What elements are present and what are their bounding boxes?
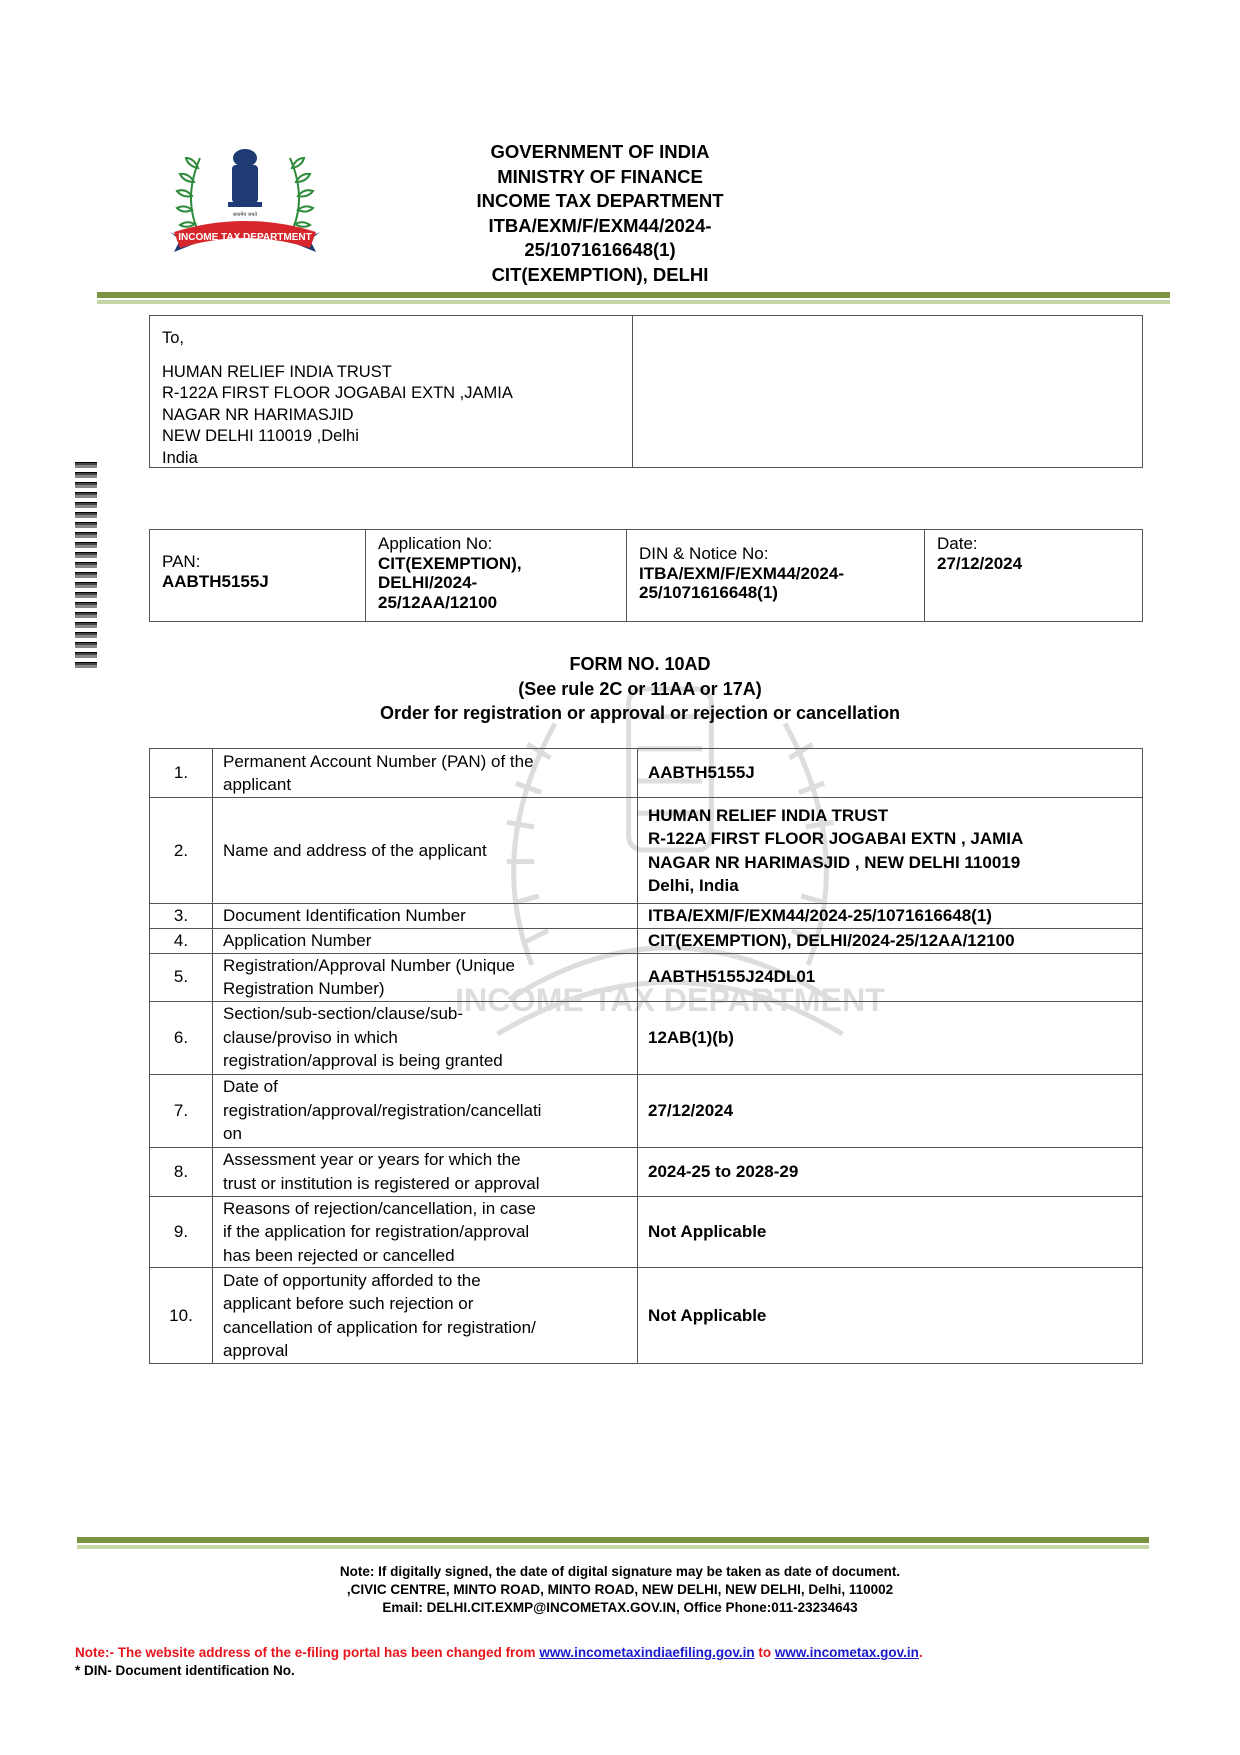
row-value-line: 2024-25 to 2028-29 xyxy=(648,1160,1132,1184)
application-number-value: CIT(EXEMPTION), xyxy=(378,554,614,574)
header-rule-dark xyxy=(97,292,1170,298)
application-number-label: Application No: xyxy=(378,534,614,554)
row-label: Registration/Approval Number (UniqueRegi… xyxy=(213,953,638,1001)
old-portal-link[interactable]: www.incometaxindiaefiling.gov.in xyxy=(539,1645,754,1660)
header-line-reference-2: 25/1071616648(1) xyxy=(420,238,780,263)
svg-text:INCOME TAX DEPARTMENT: INCOME TAX DEPARTMENT xyxy=(178,232,312,243)
form-10ad-table: 1.Permanent Account Number (PAN) of thea… xyxy=(149,748,1143,1364)
row-value-line: 12AB(1)(b) xyxy=(648,1026,1132,1050)
footer-rule-dark xyxy=(77,1537,1149,1543)
footer-rule-light xyxy=(77,1545,1149,1549)
row-label-line: if the application for registration/appr… xyxy=(223,1220,627,1244)
row-label-line: applicant xyxy=(223,773,627,797)
row-number: 7. xyxy=(150,1074,213,1147)
row-label-line: applicant before such rejection or xyxy=(223,1292,627,1316)
row-label-line: Date of xyxy=(223,1075,627,1099)
row-value: CIT(EXEMPTION), DELHI/2024-25/12AA/12100 xyxy=(638,929,1143,954)
row-label-line: Reasons of rejection/cancellation, in ca… xyxy=(223,1197,627,1221)
footer-signature-note: Note: If digitally signed, the date of d… xyxy=(100,1563,1140,1581)
form-rule-reference: (See rule 2C or 11AA or 17A) xyxy=(300,677,980,702)
header-line-reference-1: ITBA/EXM/F/EXM44/2024- xyxy=(420,214,780,239)
row-label-line: registration/approval/registration/cance… xyxy=(223,1099,627,1123)
row-label: Document Identification Number xyxy=(213,904,638,929)
row-label-line: Permanent Account Number (PAN) of the xyxy=(223,750,627,774)
barcode-icon xyxy=(75,462,97,670)
row-label-line: Section/sub-section/clause/sub- xyxy=(223,1002,627,1026)
pan-value: AABTH5155J xyxy=(162,572,353,592)
row-value: 12AB(1)(b) xyxy=(638,1001,1143,1074)
form-heading: Order for registration or approval or re… xyxy=(300,701,980,726)
footer-contact: Email: DELHI.CIT.EXMP@INCOMETAX.GOV.IN, … xyxy=(100,1599,1140,1617)
row-number: 6. xyxy=(150,1001,213,1074)
row-label-line: Registration/Approval Number (Unique xyxy=(223,954,627,978)
date-label: Date: xyxy=(937,534,1130,554)
row-label: Date of opportunity afforded to theappli… xyxy=(213,1268,638,1364)
row-value-line: AABTH5155J xyxy=(648,761,1132,785)
reference-strip: PAN: AABTH5155J Application No: CIT(EXEM… xyxy=(149,529,1143,622)
row-label-line: registration/approval is being granted xyxy=(223,1049,627,1073)
table-row: 3.Document Identification NumberITBA/EXM… xyxy=(150,904,1143,929)
table-row: 7.Date ofregistration/approval/registrat… xyxy=(150,1074,1143,1147)
row-number: 9. xyxy=(150,1196,213,1268)
row-label-line: has been rejected or cancelled xyxy=(223,1244,627,1268)
row-value: Not Applicable xyxy=(638,1196,1143,1268)
row-value: AABTH5155J xyxy=(638,749,1143,798)
row-value-line: Not Applicable xyxy=(648,1220,1132,1244)
row-label: Permanent Account Number (PAN) of theapp… xyxy=(213,749,638,798)
row-number: 4. xyxy=(150,929,213,954)
row-value-line: CIT(EXEMPTION), DELHI/2024-25/12AA/12100 xyxy=(648,929,1132,953)
din-notice-label: DIN & Notice No: xyxy=(639,544,912,564)
addressee-to-label: To, xyxy=(162,328,632,350)
table-row: 10.Date of opportunity afforded to theap… xyxy=(150,1268,1143,1364)
portal-change-note: Note:- The website address of the e-fili… xyxy=(75,1645,923,1660)
portal-note-prefix: Note:- The website address of the e-fili… xyxy=(75,1645,539,1660)
row-label-line: Document Identification Number xyxy=(223,904,627,928)
row-label-line: trust or institution is registered or ap… xyxy=(223,1172,627,1196)
header-line-department: INCOME TAX DEPARTMENT xyxy=(420,189,780,214)
din-notice-value: 25/1071616648(1) xyxy=(639,583,912,603)
table-row: 2.Name and address of the applicantHUMAN… xyxy=(150,798,1143,904)
row-number: 8. xyxy=(150,1147,213,1196)
row-number: 3. xyxy=(150,904,213,929)
form-number: FORM NO. 10AD xyxy=(300,652,980,677)
row-label: Application Number xyxy=(213,929,638,954)
header-block: GOVERNMENT OF INDIA MINISTRY OF FINANCE … xyxy=(420,140,780,287)
row-value-line: 27/12/2024 xyxy=(648,1099,1132,1123)
table-row: 9.Reasons of rejection/cancellation, in … xyxy=(150,1196,1143,1268)
row-value-line: AABTH5155J24DL01 xyxy=(648,965,1132,989)
header-line-office: CIT(EXEMPTION), DELHI xyxy=(420,263,780,288)
pan-label: PAN: xyxy=(162,552,353,572)
din-notice-value: ITBA/EXM/F/EXM44/2024- xyxy=(639,564,912,584)
row-label-line: cancellation of application for registra… xyxy=(223,1316,627,1340)
application-number-cell: Application No: CIT(EXEMPTION), DELHI/20… xyxy=(366,530,627,621)
din-notice-cell: DIN & Notice No: ITBA/EXM/F/EXM44/2024- … xyxy=(627,530,925,621)
row-label-line: clause/proviso in which xyxy=(223,1026,627,1050)
footer-office-address: ,CIVIC CENTRE, MINTO ROAD, MINTO ROAD, N… xyxy=(100,1581,1140,1599)
addressee-name: HUMAN RELIEF INDIA TRUST xyxy=(162,362,632,384)
svg-text:सत्यमेव जयते: सत्यमेव जयते xyxy=(233,211,257,218)
table-row: 6.Section/sub-section/clause/sub-clause/… xyxy=(150,1001,1143,1074)
row-value: Not Applicable xyxy=(638,1268,1143,1364)
din-footnote: * DIN- Document identification No. xyxy=(75,1663,295,1678)
portal-note-middle: to xyxy=(755,1645,775,1660)
row-label: Reasons of rejection/cancellation, in ca… xyxy=(213,1196,638,1268)
application-number-value: DELHI/2024- xyxy=(378,573,614,593)
row-value: 2024-25 to 2028-29 xyxy=(638,1147,1143,1196)
row-number: 10. xyxy=(150,1268,213,1364)
row-label: Date ofregistration/approval/registratio… xyxy=(213,1074,638,1147)
row-label-line: Name and address of the applicant xyxy=(223,839,627,863)
addressee-country: India xyxy=(162,448,632,470)
form-title-block: FORM NO. 10AD (See rule 2C or 11AA or 17… xyxy=(300,652,980,726)
row-value-line: Not Applicable xyxy=(648,1304,1132,1328)
header-line-ministry: MINISTRY OF FINANCE xyxy=(420,165,780,190)
pan-cell: PAN: AABTH5155J xyxy=(150,530,366,621)
portal-note-suffix: . xyxy=(919,1645,923,1660)
addressee-blank-cell xyxy=(633,316,1142,467)
row-value: HUMAN RELIEF INDIA TRUSTR-122A FIRST FLO… xyxy=(638,798,1143,904)
row-label: Name and address of the applicant xyxy=(213,798,638,904)
row-number: 5. xyxy=(150,953,213,1001)
row-value-line: HUMAN RELIEF INDIA TRUST xyxy=(648,804,1132,828)
addressee-address-line: NEW DELHI 110019 ,Delhi xyxy=(162,426,632,448)
income-tax-logo-icon: सत्यमेव जयते कोष मूलो दण्डः INCOME TAX D… xyxy=(160,140,330,265)
row-value: AABTH5155J24DL01 xyxy=(638,953,1143,1001)
addressee-details: To, HUMAN RELIEF INDIA TRUST R-122A FIRS… xyxy=(150,316,633,467)
row-label-line: on xyxy=(223,1122,627,1146)
table-row: 5.Registration/Approval Number (UniqueRe… xyxy=(150,953,1143,1001)
application-number-value: 25/12AA/12100 xyxy=(378,593,614,613)
addressee-address-line: R-122A FIRST FLOOR JOGABAI EXTN ,JAMIA xyxy=(162,383,632,405)
header-rule-light xyxy=(97,300,1170,304)
date-cell: Date: 27/12/2024 xyxy=(925,530,1142,621)
table-row: 4.Application NumberCIT(EXEMPTION), DELH… xyxy=(150,929,1143,954)
date-value: 27/12/2024 xyxy=(937,554,1130,574)
row-label-line: Date of opportunity afforded to the xyxy=(223,1269,627,1293)
row-label-line: Application Number xyxy=(223,929,627,953)
row-label-line: Registration Number) xyxy=(223,977,627,1001)
row-number: 1. xyxy=(150,749,213,798)
row-label-line: Assessment year or years for which the xyxy=(223,1148,627,1172)
addressee-box: To, HUMAN RELIEF INDIA TRUST R-122A FIRS… xyxy=(149,315,1143,468)
header-line-government: GOVERNMENT OF INDIA xyxy=(420,140,780,165)
row-label: Assessment year or years for which thetr… xyxy=(213,1147,638,1196)
row-value-line: NAGAR NR HARIMASJID , NEW DELHI 110019 xyxy=(648,851,1132,875)
row-value-line: ITBA/EXM/F/EXM44/2024-25/1071616648(1) xyxy=(648,904,1132,928)
addressee-address-line: NAGAR NR HARIMASJID xyxy=(162,405,632,427)
footer-block: Note: If digitally signed, the date of d… xyxy=(100,1563,1140,1617)
row-label-line: approval xyxy=(223,1339,627,1363)
row-value-line: Delhi, India xyxy=(648,874,1132,898)
new-portal-link[interactable]: www.incometax.gov.in xyxy=(775,1645,919,1660)
row-number: 2. xyxy=(150,798,213,904)
row-label: Section/sub-section/clause/sub-clause/pr… xyxy=(213,1001,638,1074)
table-row: 8.Assessment year or years for which the… xyxy=(150,1147,1143,1196)
row-value-line: R-122A FIRST FLOOR JOGABAI EXTN , JAMIA xyxy=(648,827,1132,851)
table-row: 1.Permanent Account Number (PAN) of thea… xyxy=(150,749,1143,798)
row-value: 27/12/2024 xyxy=(638,1074,1143,1147)
row-value: ITBA/EXM/F/EXM44/2024-25/1071616648(1) xyxy=(638,904,1143,929)
